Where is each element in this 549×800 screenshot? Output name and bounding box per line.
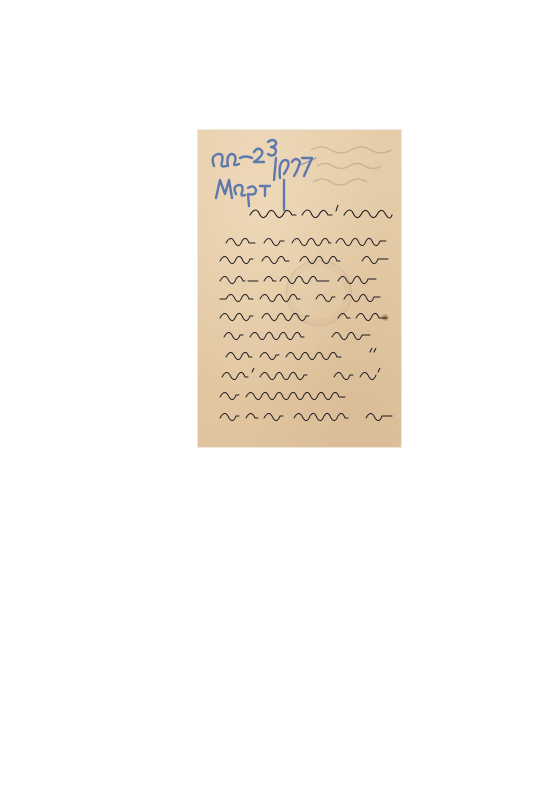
letter-body: Αξιότιμε κύριε Γραμματεύ, xyxy=(198,130,401,447)
letter-line-2 xyxy=(218,252,394,266)
page-background: αρ 23 Μαρτ 1907 Αξιότιμε κύριε Γραμματεύ… xyxy=(0,0,549,800)
letter-line-8 xyxy=(220,368,394,382)
letter-line-5 xyxy=(218,309,394,323)
letter-line-9 xyxy=(218,388,396,402)
salutation: Αξιότιμε κύριε Γραμματεύ, xyxy=(198,130,199,131)
letter-line-10 xyxy=(218,409,398,423)
letter-line-6 xyxy=(222,328,394,342)
letter-line-4 xyxy=(218,290,394,304)
salutation-line xyxy=(248,205,398,219)
letter-line-1 xyxy=(224,234,394,248)
letter-sheet: αρ 23 Μαρτ 1907 Αξιότιμε κύριε Γραμματεύ… xyxy=(198,130,401,447)
letter-line-3 xyxy=(218,272,394,286)
letter-line-7 xyxy=(224,348,394,362)
